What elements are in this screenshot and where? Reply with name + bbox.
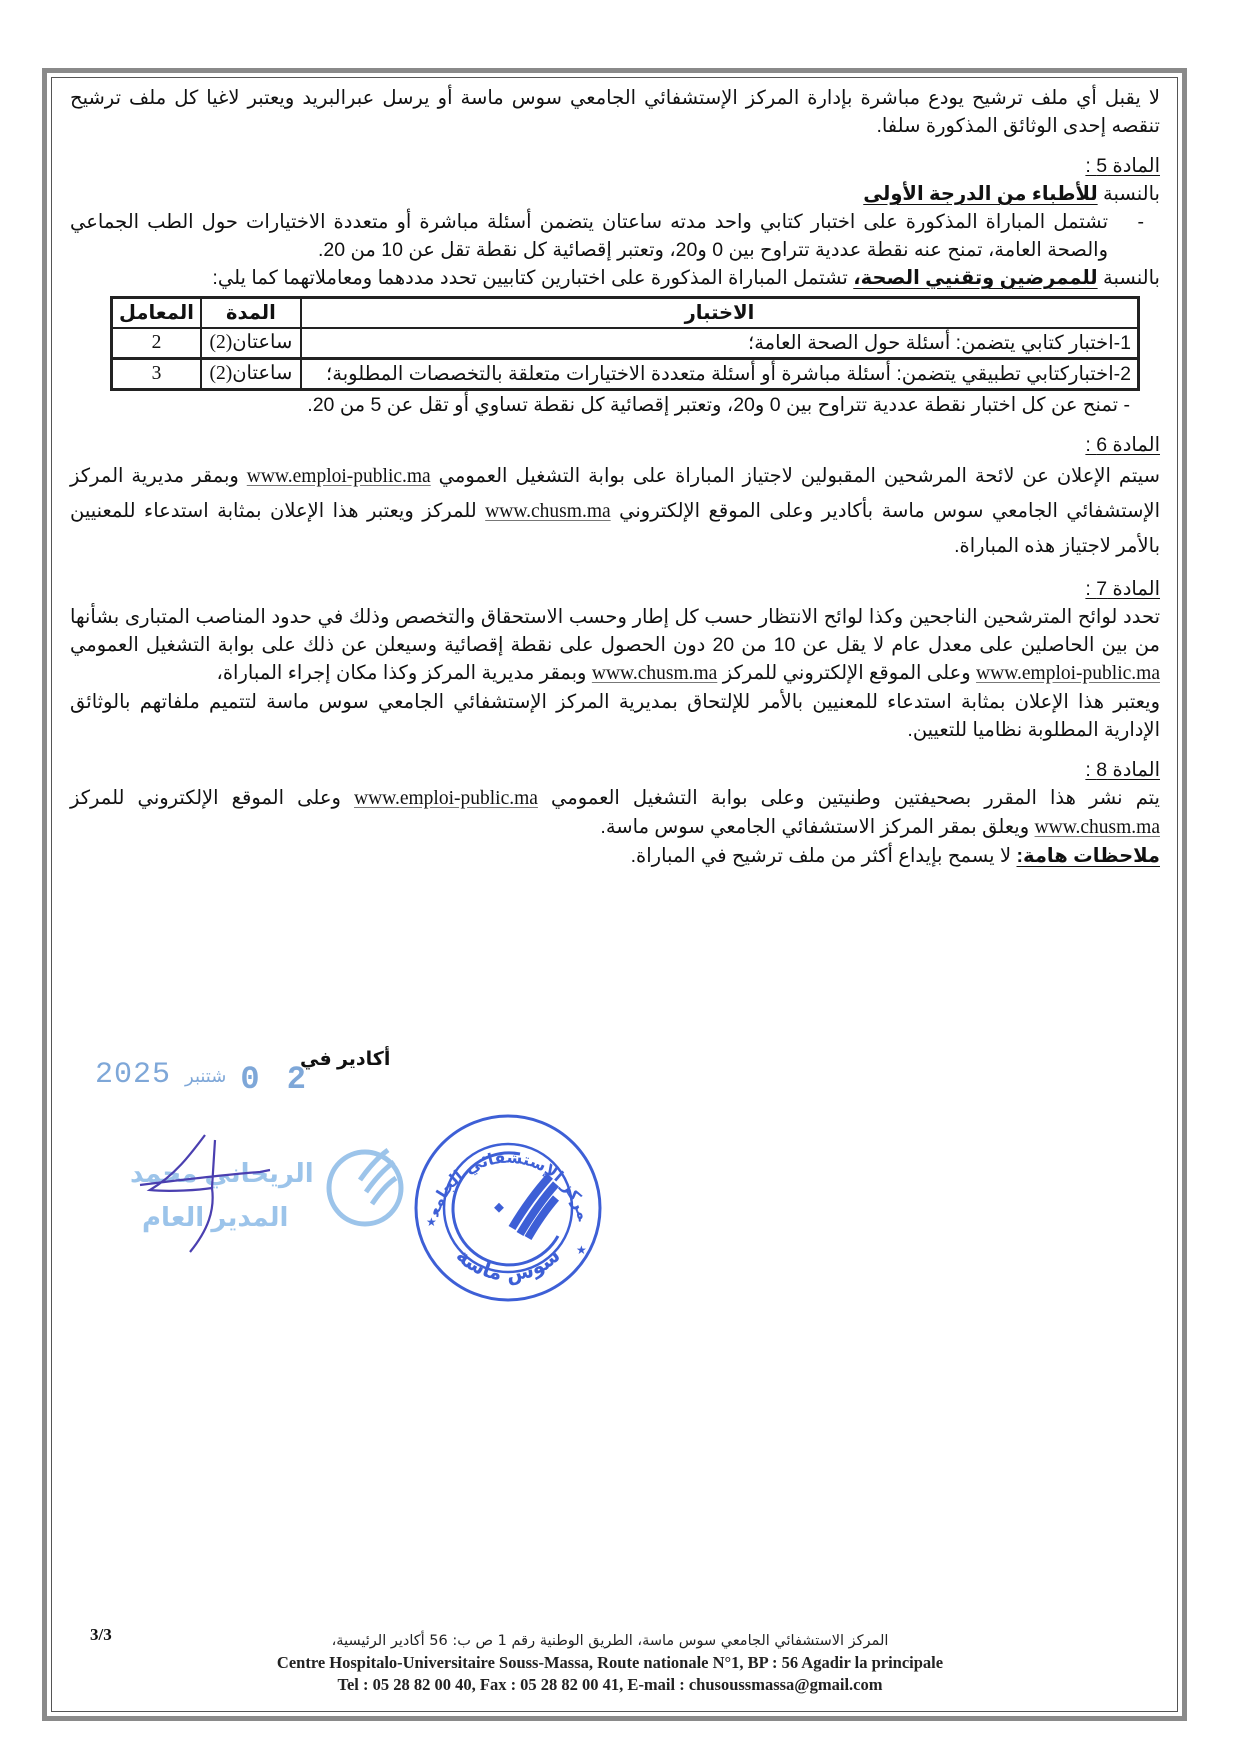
tests-table: الاختبار المدة المعامل 1-اختبار كتابي يت… [110,296,1140,391]
article-6-text: سيتم الإعلان عن لائحة المرشحين المقبولين… [70,459,1160,563]
row-duration: ساعتان(2) [201,359,301,390]
article-8-text-1: يتم نشر هذا المقرر بصحيفتين وطنيتين وعلى… [538,787,1160,809]
article-8-text: يتم نشر هذا المقرر بصحيفتين وطنيتين وعلى… [70,784,1160,842]
important-note-text: لا يسمح بإيداع أكثر من ملف ترشيح في المب… [631,845,1017,867]
header-duration: المدة [201,298,301,329]
article-6-text-1: سيتم الإعلان عن لائحة المرشحين المقبولين… [431,465,1160,487]
article-7-title: المادة 7 : [1085,578,1160,600]
tests-table-header: الاختبار المدة المعامل [112,298,1139,329]
doctors-bullet-text: تشتمل المباراة المذكورة على اختبار كتابي… [70,208,1108,264]
footer-address-ar: المركز الاستشفائي الجامعي سوس ماسة، الطر… [160,1630,1060,1652]
doctors-prefix: بالنسبة [1098,183,1160,205]
signature-block: الريحاني محمد المدير العام [120,1130,410,1260]
row-test: 1-اختبار كتابي يتضمن: أسئلة حول الصحة ال… [301,328,1139,359]
important-note-label: ملاحظات هامة: [1017,845,1161,867]
svg-text:★: ★ [576,1243,587,1257]
date-year: 2025 [95,1058,171,1092]
bullet-dash: - [1128,208,1144,264]
article-6: المادة 6 : سيتم الإعلان عن لائحة المرشحي… [70,431,1160,563]
footer-address: المركز الاستشفائي الجامعي سوس ماسة، الطر… [160,1630,1060,1696]
row-duration: ساعتان(2) [201,328,301,359]
handwritten-signature-icon [120,1130,410,1260]
article-8-text-2: وعلى الموقع الإلكتروني للمركز [70,787,354,809]
header-coefficient: المعامل [112,298,201,329]
table-note: - تمنح عن كل اختبار نقطة عددية تتراوح بي… [70,391,1160,419]
place-label: أكادير في [300,1048,390,1071]
article-8: المادة 8 : يتم نشر هذا المقرر بصحيفتين و… [70,756,1160,842]
chusm-link[interactable]: www.chusm.ma [1035,817,1160,838]
official-seal-icon: ★ ★ المركز الإستشفائي الجامعي سوس ماسة [408,1108,608,1308]
emploi-public-link[interactable]: www.emploi-public.ma [976,663,1160,684]
table-row: 2-اختباركتابي تطبيقي يتضمن: أسئلة مباشرة… [112,359,1139,390]
article-7-text-3: وبمقر مديرية المركز وكذا مكان إجراء المب… [217,662,592,684]
date-day: 0 2 [240,1061,310,1098]
date-month: شتنبر [185,1066,226,1087]
date-stamp: 2025 شتنبر 0 2 [95,1055,310,1092]
doctors-heading: بالنسبة للأطباء من الدرجة الأولى [70,180,1160,208]
article-7-text-4: ويعتبر هذا الإعلان بمثابة استدعاء للمعني… [70,688,1160,744]
emploi-public-link[interactable]: www.emploi-public.ma [354,788,538,809]
doctors-group: للأطباء من الدرجة الأولى [863,183,1097,205]
article-8-text-3: ويعلق بمقر المركز الاستشفائي الجامعي سوس… [600,816,1034,838]
row-coefficient: 3 [112,359,201,390]
article-5-title: المادة 5 : [1085,155,1160,177]
table-row: 1-اختبار كتابي يتضمن: أسئلة حول الصحة ال… [112,328,1139,359]
footer-address-fr: Centre Hospitalo-Universitaire Souss-Mas… [160,1652,1060,1674]
row-coefficient: 2 [112,328,201,359]
svg-text:★: ★ [426,1215,437,1229]
svg-text:سوس ماسة: سوس ماسة [452,1243,565,1287]
chusm-link[interactable]: www.chusm.ma [592,663,717,684]
article-6-title: المادة 6 : [1085,434,1160,456]
nurses-heading: بالنسبة للممرضين وتقنيي الصحة، تشتمل الم… [70,264,1160,292]
article-8-title: المادة 8 : [1085,759,1160,781]
row-test: 2-اختباركتابي تطبيقي يتضمن: أسئلة مباشرة… [301,359,1139,390]
document-body: لا يقبل أي ملف ترشيح يودع مباشرة بإدارة … [70,84,1160,870]
important-note: ملاحظات هامة: لا يسمح بإيداع أكثر من ملف… [70,842,1160,870]
article-7-text-1: تحدد لوائح المترشحين الناجحين وكذا لوائح… [70,606,1160,656]
article-7-text: تحدد لوائح المترشحين الناجحين وكذا لوائح… [70,603,1160,688]
nurses-text: تشتمل المباراة المذكورة على اختبارين كتا… [212,267,853,289]
article-7-text-2: وعلى الموقع الإلكتروني للمركز [717,662,976,684]
intro-paragraph: لا يقبل أي ملف ترشيح يودع مباشرة بإدارة … [70,84,1160,140]
article-5: المادة 5 : بالنسبة للأطباء من الدرجة الأ… [70,152,1160,419]
header-test: الاختبار [301,298,1139,329]
doctors-bullet: - تشتمل المباراة المذكورة على اختبار كتا… [70,208,1160,264]
nurses-group: للممرضين وتقنيي الصحة، [853,267,1097,289]
page-number: 3/3 [90,1625,112,1645]
nurses-prefix: بالنسبة [1098,267,1160,289]
footer-contact: Tel : 05 28 82 00 40, Fax : 05 28 82 00 … [160,1674,1060,1696]
emploi-public-link[interactable]: www.emploi-public.ma [247,466,431,487]
chusm-link[interactable]: www.chusm.ma [485,501,610,522]
article-7: المادة 7 : تحدد لوائح المترشحين الناجحين… [70,575,1160,744]
seal-text-bottom: سوس ماسة [452,1243,565,1287]
